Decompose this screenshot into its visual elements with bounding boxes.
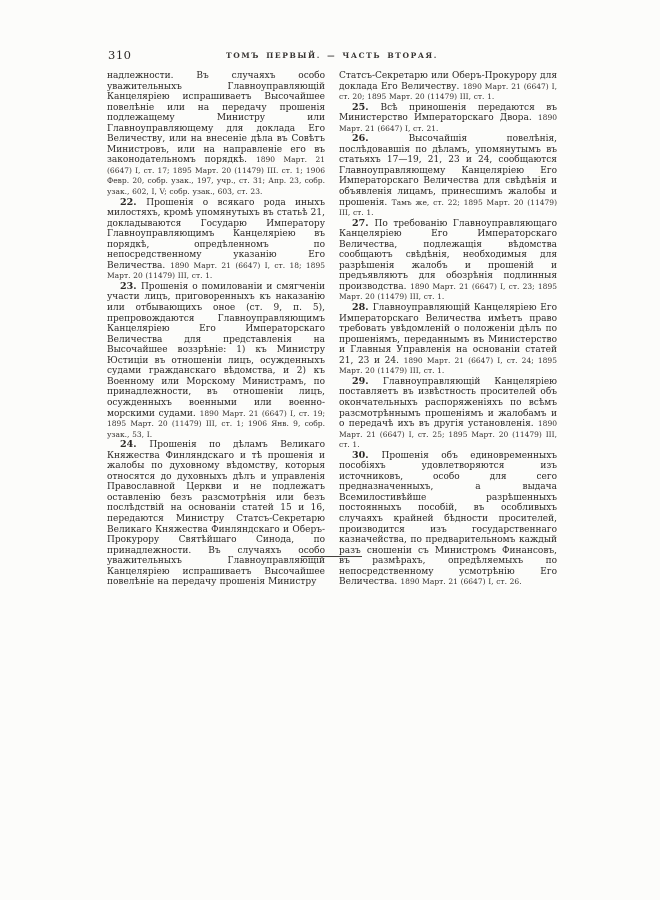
- article-body-text: Высочайшія повелѣнія, послѣдовавшія по д…: [339, 134, 557, 207]
- article-number: 27.: [352, 218, 375, 229]
- article-body-text: надлежности. Въ случаяхъ особо уважитель…: [107, 71, 325, 165]
- column-left: надлежности. Въ случаяхъ особо уважитель…: [107, 71, 325, 588]
- scanned-document-page: 310 ТОМЪ ПЕРВЫЙ. — ЧАСТЬ ВТОРАЯ. надлежн…: [0, 0, 660, 900]
- article-number: 25.: [352, 102, 380, 113]
- text-columns: надлежности. Въ случаяхъ особо уважитель…: [107, 71, 557, 588]
- article-number: 23.: [120, 281, 141, 292]
- article-body-text: По требованію Главноуправляющаго Канцеля…: [339, 219, 557, 292]
- article-paragraph-right-4: 28. Главноуправляющій Канцеляріею Его Им…: [339, 303, 557, 377]
- article-paragraph-left-0: надлежности. Въ случаяхъ особо уважитель…: [107, 71, 325, 198]
- article-paragraph-left-1: 22. Прошенія о всякаго рода иныхъ милост…: [107, 198, 325, 282]
- page-header: 310 ТОМЪ ПЕРВЫЙ. — ЧАСТЬ ВТОРАЯ.: [107, 48, 557, 64]
- article-number: 30.: [352, 450, 381, 461]
- article-paragraph-left-3: 24. Прошенія по дѣламъ Великаго Княжеств…: [107, 440, 325, 588]
- article-paragraph-right-1: 25. Всѣ приношенія передаются въ Министе…: [339, 103, 557, 135]
- article-number: 29.: [352, 376, 383, 387]
- article-number: 24.: [120, 439, 149, 450]
- article-paragraph-right-2: 26. Высочайшія повелѣнія, послѣдовавшія …: [339, 134, 557, 218]
- article-body-text: Прошенія объ единовременныхъ пособіяхъ у…: [339, 451, 557, 588]
- article-paragraph-right-0: Статсъ-Секретарю или Оберъ-Прокурору для…: [339, 71, 557, 103]
- article-paragraph-right-6: 30. Прошенія объ единовременныхъ пособія…: [339, 451, 557, 588]
- article-body-text: Прошенія о помилованіи и смягченіи участ…: [107, 282, 325, 419]
- article-number: 22.: [120, 197, 146, 208]
- article-body-text: Прошенія по дѣламъ Великаго Княжества Фи…: [107, 440, 325, 587]
- article-number: 28.: [352, 302, 373, 313]
- article-paragraph-left-2: 23. Прошенія о помилованіи и смягченіи у…: [107, 282, 325, 440]
- article-number: 26.: [352, 133, 409, 144]
- column-right: Статсъ-Секретарю или Оберъ-Прокурору для…: [339, 71, 557, 588]
- statute-citation: 1890 Март. 21 (6647) I, ст. 26.: [400, 577, 521, 586]
- article-body-text: Прошенія о всякаго рода иныхъ милостяхъ,…: [107, 198, 325, 271]
- section-divider-rule: [301, 556, 362, 557]
- running-title: ТОМЪ ПЕРВЫЙ. — ЧАСТЬ ВТОРАЯ.: [107, 51, 557, 60]
- article-paragraph-right-3: 27. По требованію Главноуправляющаго Кан…: [339, 219, 557, 303]
- article-paragraph-right-5: 29. Главноуправляющій Канцеляріею постав…: [339, 377, 557, 451]
